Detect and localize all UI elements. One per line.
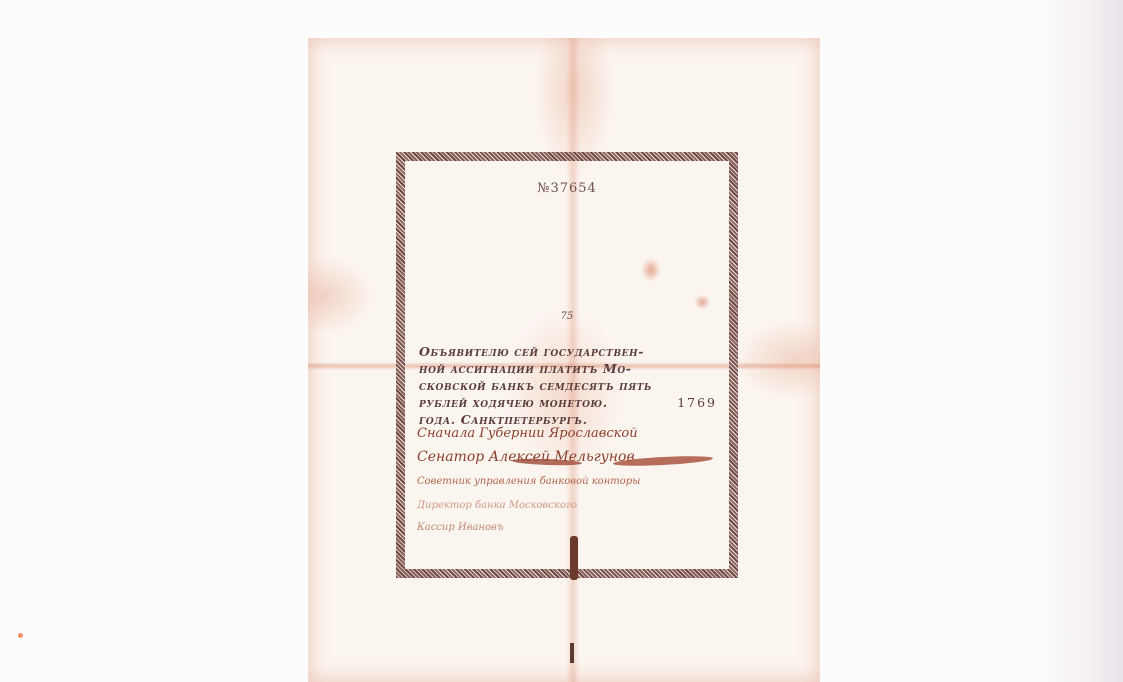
printed-line: Объявителю сей государствен- [419, 343, 717, 360]
printed-line-with-year: рублей ходячею монетою. 1769 [419, 394, 717, 411]
signature-block: Сначала Губернии Ярославской Сенатор Але… [417, 423, 719, 539]
printed-line: сковской банкъ семдесятъ пять [419, 377, 717, 394]
ornamental-border-frame: №37654 75 Объявителю сей государствен- н… [396, 152, 738, 578]
scan-edge-shadow [1033, 0, 1123, 682]
printed-line: ной ассигнации платитъ Мо- [419, 360, 717, 377]
denomination-mark: 75 [405, 311, 729, 322]
serial-number: №37654 [405, 181, 729, 196]
handwritten-signature: Советник управления банковой конторы [417, 469, 719, 495]
handwritten-signature: Сенатор Алексей Мельгунов [417, 445, 719, 469]
printed-text-block: Объявителю сей государствен- ной ассигна… [419, 343, 717, 428]
stain-speck [18, 633, 23, 638]
issue-year: 1769 [677, 394, 717, 411]
paper-tear [570, 536, 578, 580]
handwritten-signature: Директор банка Московского [417, 495, 719, 517]
paper-tear [570, 643, 574, 663]
handwritten-signature: Сначала Губернии Ярославской [417, 423, 719, 445]
banknote-paper: №37654 75 Объявителю сей государствен- н… [308, 38, 820, 682]
printed-line: рублей ходячею монетою. [419, 394, 608, 411]
handwritten-signature: Кассир Ивановъ [417, 517, 719, 539]
